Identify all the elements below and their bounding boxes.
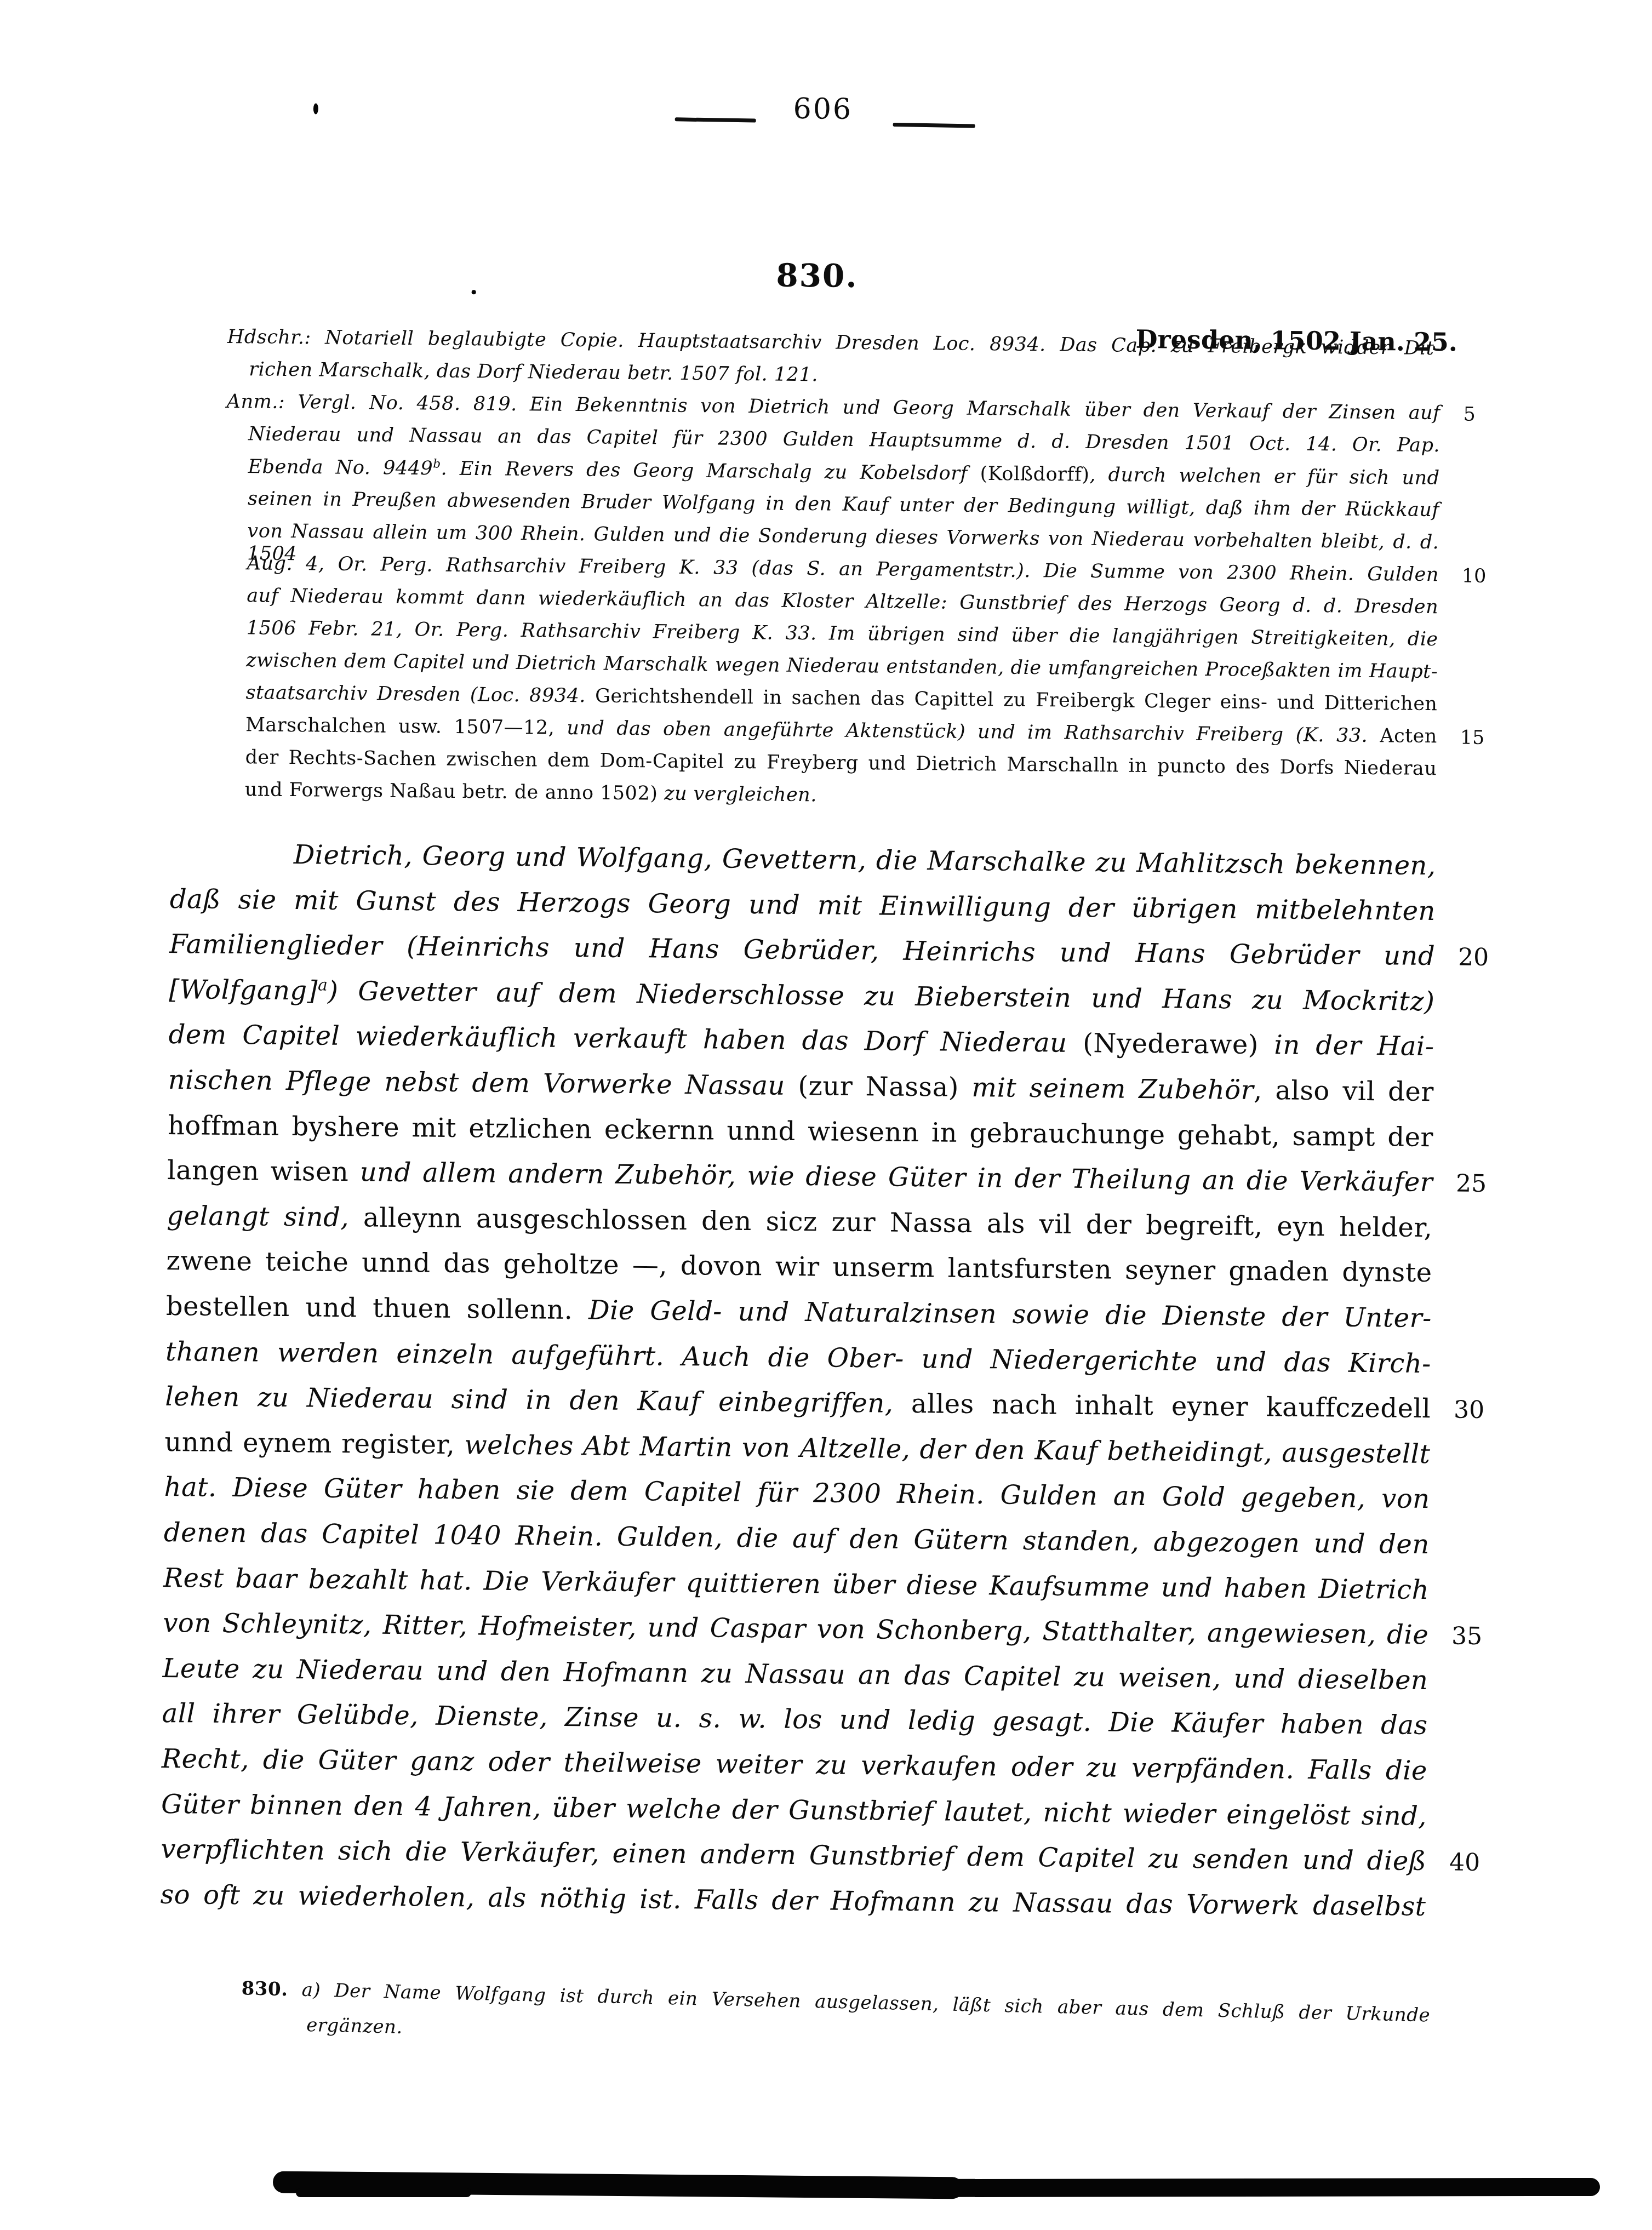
footnote-line: ergänzen.	[306, 2014, 403, 2038]
scanned-sheet: 606 830. Dresden, 1502 Jan. 25. Hdschr.:…	[0, 0, 1652, 2198]
scan-streak-icon	[899, 2178, 1600, 2197]
text-segment: ergänzen.	[306, 2014, 403, 2038]
text-segment: a) Der Name Wolfgang ist durch ein Verse…	[288, 1979, 1431, 2026]
footnote-line: 830. a) Der Name Wolfgang ist durch ein …	[241, 1977, 1430, 2026]
document-page: 606 830. Dresden, 1502 Jan. 25. Hdschr.:…	[0, 0, 1652, 2198]
scan-streak-icon	[296, 2188, 471, 2197]
footnote-block: 830. a) Der Name Wolfgang ist durch ein …	[0, 0, 1652, 2198]
text-segment: 830.	[241, 1977, 288, 2000]
scan-speck-icon	[472, 290, 476, 294]
footnote-lines: 830. a) Der Name Wolfgang ist durch ein …	[29, 0, 1652, 33]
